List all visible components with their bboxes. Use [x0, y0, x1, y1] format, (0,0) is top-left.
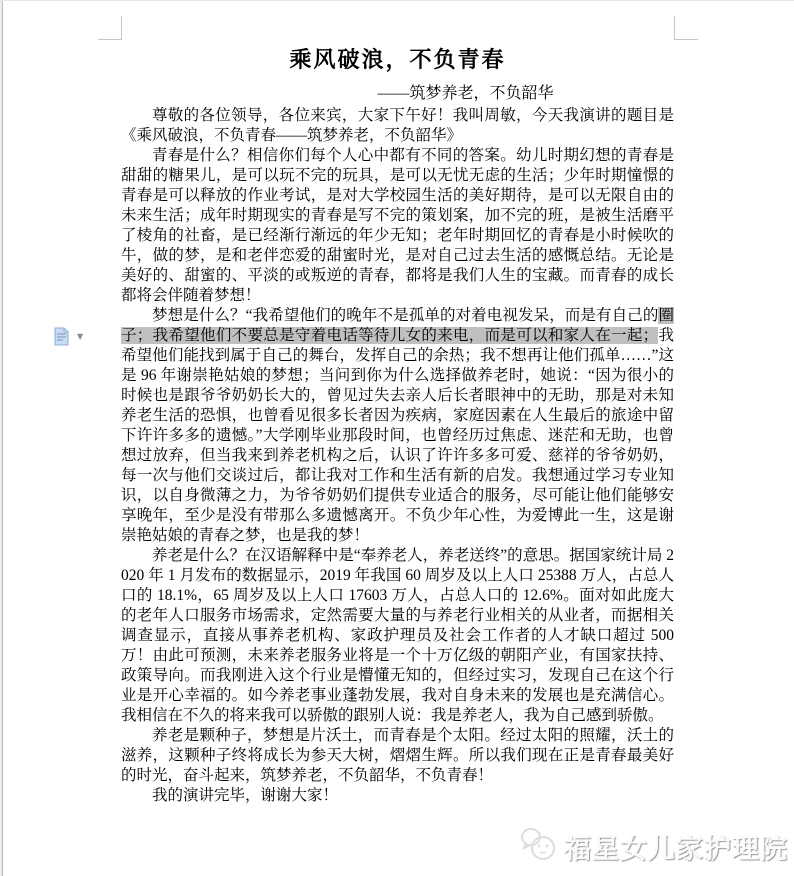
paragraph: 青春是什么？相信你们每个人心中都有不同的答案。幼儿时期幻想的青春是甜甜的糖果儿，… — [121, 146, 674, 306]
crop-mark-top-left — [98, 16, 122, 40]
paragraph: 养老是颗种子，梦想是片沃土，而青春是个太阳。经过太阳的照耀，沃土的滋养，这颗种子… — [121, 726, 674, 786]
watermark-text: 福星女儿家护理院 — [564, 827, 788, 866]
paragraph-text: 梦想是什么？“我希望他们的晚年不是孤单的对着电视发呆，而是有自己的 — [152, 307, 658, 324]
paragraph: 梦想是什么？“我希望他们的晚年不是孤单的对着电视发呆，而是有自己的圈子；我希望他… — [121, 306, 674, 546]
paragraph: 尊敬的各位领导，各位来宾，大家下午好！我叫周敏，今天我演讲的题目是《乘风破浪，不… — [121, 106, 674, 146]
paragraph-text: 青春是什么？相信你们每个人心中都有不同的答案。幼儿时期幻想的青春是甜甜的糖果儿，… — [121, 147, 674, 304]
watermark: 福星女儿家护理院 — [518, 824, 788, 869]
document-icon — [53, 327, 70, 346]
crop-mark-top-right — [674, 16, 698, 40]
document-subtitle: ——筑梦养老，不负韶华 — [189, 83, 742, 104]
paragraph-text: 我的演讲完毕，谢谢大家！ — [152, 787, 338, 804]
page-left-edge — [0, 1, 3, 876]
chevron-down-icon[interactable]: ▼ — [77, 332, 83, 341]
paragraph-text: 尊敬的各位领导，各位来宾，大家下午好！我叫周敏，今天我演讲的题目是《乘风破浪，不… — [121, 107, 674, 144]
paste-options-button[interactable]: ▼ — [53, 327, 83, 346]
paragraph-text: 养老是什么？在汉语解释中是“奉养老人，养老送终”的意思。据国家统计局 2020 … — [121, 547, 674, 724]
paragraph: 我的演讲完毕，谢谢大家！ — [121, 786, 674, 806]
document-body: 乘风破浪，不负青春 ——筑梦养老，不负韶华 尊敬的各位领导，各位来宾，大家下午好… — [121, 39, 674, 806]
paragraph-container: 尊敬的各位领导，各位来宾，大家下午好！我叫周敏，今天我演讲的题目是《乘风破浪，不… — [121, 106, 674, 806]
document-title: 乘风破浪，不负青春 — [121, 45, 674, 75]
watermark-logo-icon — [518, 824, 560, 869]
paragraph-text: 我希望他们能找到属于自己的舞台，发挥自己的余热；我不想再让他们孤单……”这是 9… — [121, 327, 674, 544]
paragraph: 养老是什么？在汉语解释中是“奉养老人，养老送终”的意思。据国家统计局 2020 … — [121, 546, 674, 726]
document-page: 乘风破浪，不负青春 ——筑梦养老，不负韶华 尊敬的各位领导，各位来宾，大家下午好… — [0, 0, 794, 876]
paragraph-text: 养老是颗种子，梦想是片沃土，而青春是个太阳。经过太阳的照耀，沃土的滋养，这颗种子… — [121, 727, 674, 784]
